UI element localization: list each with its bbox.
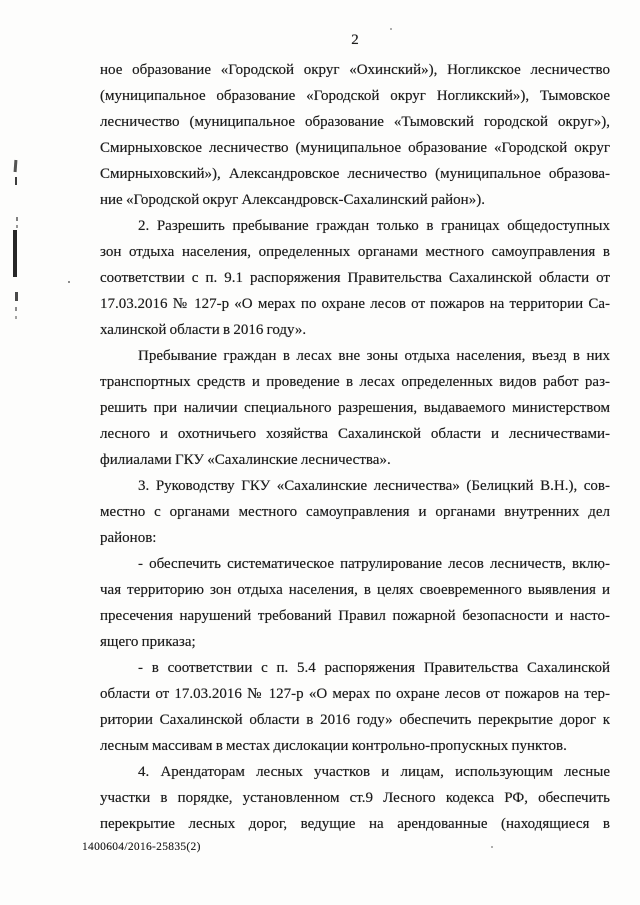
text-line: лесным массивам в местах дислокации конт… xyxy=(100,733,610,759)
text-line: чая территорию зон отдыха населения, в ц… xyxy=(100,577,610,603)
page-number: 2 xyxy=(100,32,610,49)
scan-artifact xyxy=(15,307,17,311)
text-line: пресечения нарушений требований Правил п… xyxy=(100,603,610,629)
scan-artifact xyxy=(16,225,18,228)
text-line: перекрытие лесных дорог, ведущие на арен… xyxy=(100,811,610,837)
document-body: ное образование «Городской округ «Охинск… xyxy=(100,57,610,837)
text-line: Пребывание граждан в лесах вне зоны отды… xyxy=(100,343,610,369)
text-line: лесного и охотничьего хозяйства Сахалинс… xyxy=(100,421,610,447)
text-line: решить при наличии специального разрешен… xyxy=(100,395,610,421)
scan-artifact xyxy=(13,230,17,277)
text-line: филиалами ГКУ «Сахалинские лесничества». xyxy=(100,447,610,473)
text-line: - в соответствии с п. 5.4 распоряжения П… xyxy=(100,655,610,681)
text-line: области от 17.03.2016 № 127-р «О мерах п… xyxy=(100,681,610,707)
text-line: ное образование «Городской округ «Охинск… xyxy=(100,57,610,83)
text-line: ящего приказа; xyxy=(100,629,610,655)
text-line: (муниципальное образование «Городской ок… xyxy=(100,83,610,109)
text-line: - обеспечить систематическое патрулирова… xyxy=(100,551,610,577)
text-line: ние «Городской округ Александровск-Сахал… xyxy=(100,187,610,213)
text-line: халинской области в 2016 году». xyxy=(100,317,610,343)
text-line: местно с органами местного самоуправлени… xyxy=(100,499,610,525)
text-line: ритории Сахалинской области в 2016 году»… xyxy=(100,707,610,733)
text-line: Смирныховское лесничество (муниципальное… xyxy=(100,135,610,161)
scan-artifact xyxy=(68,281,70,283)
scan-artifact xyxy=(16,217,18,221)
text-line: участки в порядке, установленном ст.9 Ле… xyxy=(100,785,610,811)
scan-artifact xyxy=(15,292,18,301)
text-line: Смирныховский»), Александровское лесниче… xyxy=(100,161,610,187)
text-line: 17.03.2016 № 127-р «О мерах по охране ле… xyxy=(100,291,610,317)
scan-artifact xyxy=(15,316,17,319)
scanned-page: 2 ное образование «Городской округ «Охин… xyxy=(0,0,640,905)
text-line: зон отдыха населения, определенных орган… xyxy=(100,239,610,265)
text-line: районов: xyxy=(100,525,610,551)
text-line: соответствии с п. 9.1 распоряжения Прави… xyxy=(100,265,610,291)
text-line: 3. Руководству ГКУ «Сахалинские лесничес… xyxy=(100,473,610,499)
scan-artifact xyxy=(491,846,493,848)
document-code: 1400604/2016-25835(2) xyxy=(82,841,201,853)
scan-artifact xyxy=(390,28,392,30)
scan-artifact xyxy=(15,177,17,185)
text-line: 4. Арендаторам лесных участков и лицам, … xyxy=(100,759,610,785)
scan-artifact xyxy=(600,568,602,570)
text-line: лесничество (муниципальное образование «… xyxy=(100,109,610,135)
text-line: 2. Разрешить пребывание граждан только в… xyxy=(100,213,610,239)
text-line: транспортных средств и проведение в леса… xyxy=(100,369,610,395)
scan-artifact xyxy=(14,160,18,172)
